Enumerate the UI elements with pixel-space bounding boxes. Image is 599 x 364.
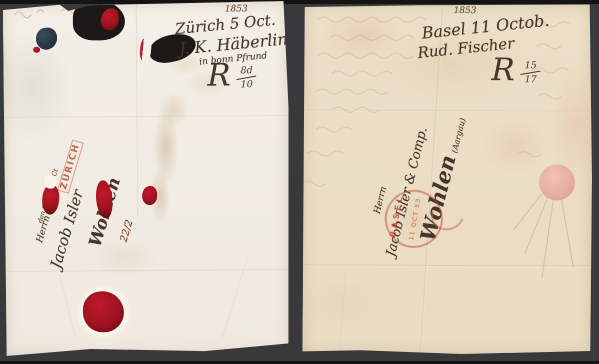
rate-marking: R 8d 10 [207, 63, 257, 90]
fold-line-horizontal [4, 115, 289, 119]
photo-two-folded-letters: 1853 Zürich 5 Oct. J. K. Häberlin in bon… [0, 0, 599, 364]
wax-seal-large [83, 291, 124, 332]
blue-ink-smudge [36, 28, 57, 50]
seal-crease [524, 198, 548, 254]
crease-line [339, 269, 347, 354]
seal-crease [561, 198, 574, 267]
rate-marking: R 15 17 [491, 58, 540, 85]
crease-line [221, 253, 250, 339]
rate-denominator: 17 [525, 74, 537, 85]
rate-denominator: 10 [241, 79, 253, 90]
wax-speck [33, 47, 40, 53]
pink-seal [539, 164, 575, 200]
letter-right-basel: 1853 Basel 11 Octob. Rud. Fischer R 15 1… [302, 3, 592, 354]
torn-paper-bit [44, 175, 56, 189]
letter-left-zurich: 1853 Zürich 5 Oct. J. K. Häberlin in bon… [3, 1, 290, 356]
seal-crease [513, 194, 542, 230]
year-notation: 1853 [454, 7, 477, 16]
rate-numerator: 8d [240, 65, 252, 76]
rate-fraction: 15 17 [521, 60, 541, 85]
rate-numerator: 15 [525, 60, 537, 71]
address-region: (Aargau) [451, 117, 468, 154]
rate-fraction: 8d 10 [237, 65, 257, 90]
wax-fragment [142, 186, 157, 205]
postmark-date: 11 OCT 53 [406, 192, 423, 247]
rate-letter: R [207, 63, 231, 88]
rate-letter: R [491, 58, 514, 83]
